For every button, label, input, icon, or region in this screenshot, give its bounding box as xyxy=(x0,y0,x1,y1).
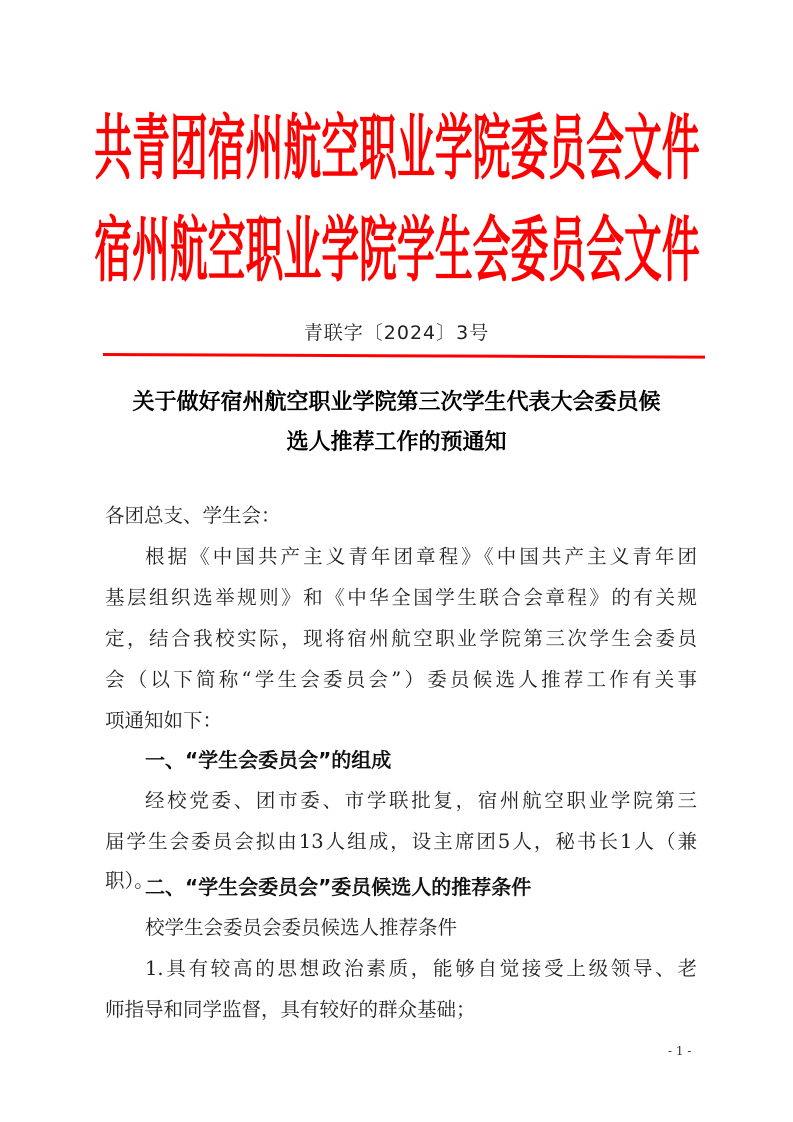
red-divider-line xyxy=(103,353,705,359)
document-number: 青联字〔2024〕3号 xyxy=(0,318,793,345)
paragraph-line: 基层组织选举规则》和《中华全国学生联合会章程》的有关规 xyxy=(105,582,697,610)
paragraph-line: 1.具有较高的思想政治素质，能够自觉接受上级领导、老 xyxy=(145,953,697,981)
section-heading-2: 二、“学生会委员会”委员候选人的推荐条件 xyxy=(145,871,531,900)
paragraph-line: 根据《中国共产主义青年团章程》《中国共产主义青年团 xyxy=(145,541,697,569)
document-title-line-1: 关于做好宿州航空职业学院第三次学生代表大会委员候 xyxy=(0,382,793,422)
paragraph-line: 经校党委、团市委、市学联批复，宿州航空职业学院第三 xyxy=(145,785,697,813)
salutation: 各团总支、学生会： xyxy=(105,500,697,528)
section-heading-1: 一、“学生会委员会”的组成 xyxy=(145,744,391,773)
paragraph-line: 校学生会委员会委员候选人推荐条件 xyxy=(145,912,697,940)
paragraph-line: 届学生会委员会拟由13人组成，设主席团5人，秘书长1人（兼 xyxy=(105,826,697,854)
letterhead-line-1: 共青团宿州航空职业学院委员会文件 xyxy=(0,110,793,190)
document-title-line-2: 选人推荐工作的预通知 xyxy=(0,422,793,462)
paragraph-line: 会（以下简称“学生会委员会”）委员候选人推荐工作有关事 xyxy=(105,664,697,692)
paragraph-line: 师指导和同学监督，具有较好的群众基础； xyxy=(105,994,697,1022)
letterhead-text-2: 宿州航空职业学院学生会委员会文件 xyxy=(94,187,699,317)
paragraph-line: 定，结合我校实际，现将宿州航空职业学院第三次学生会委员 xyxy=(105,623,697,651)
paragraph-line: 项通知如下： xyxy=(105,705,697,733)
letterhead-line-2: 宿州航空职业学院学生会委员会文件 xyxy=(0,212,793,292)
page-number: - 1 - xyxy=(668,1044,691,1058)
document-page: 共青团宿州航空职业学院委员会文件 宿州航空职业学院学生会委员会文件 青联字〔20… xyxy=(0,0,793,1122)
